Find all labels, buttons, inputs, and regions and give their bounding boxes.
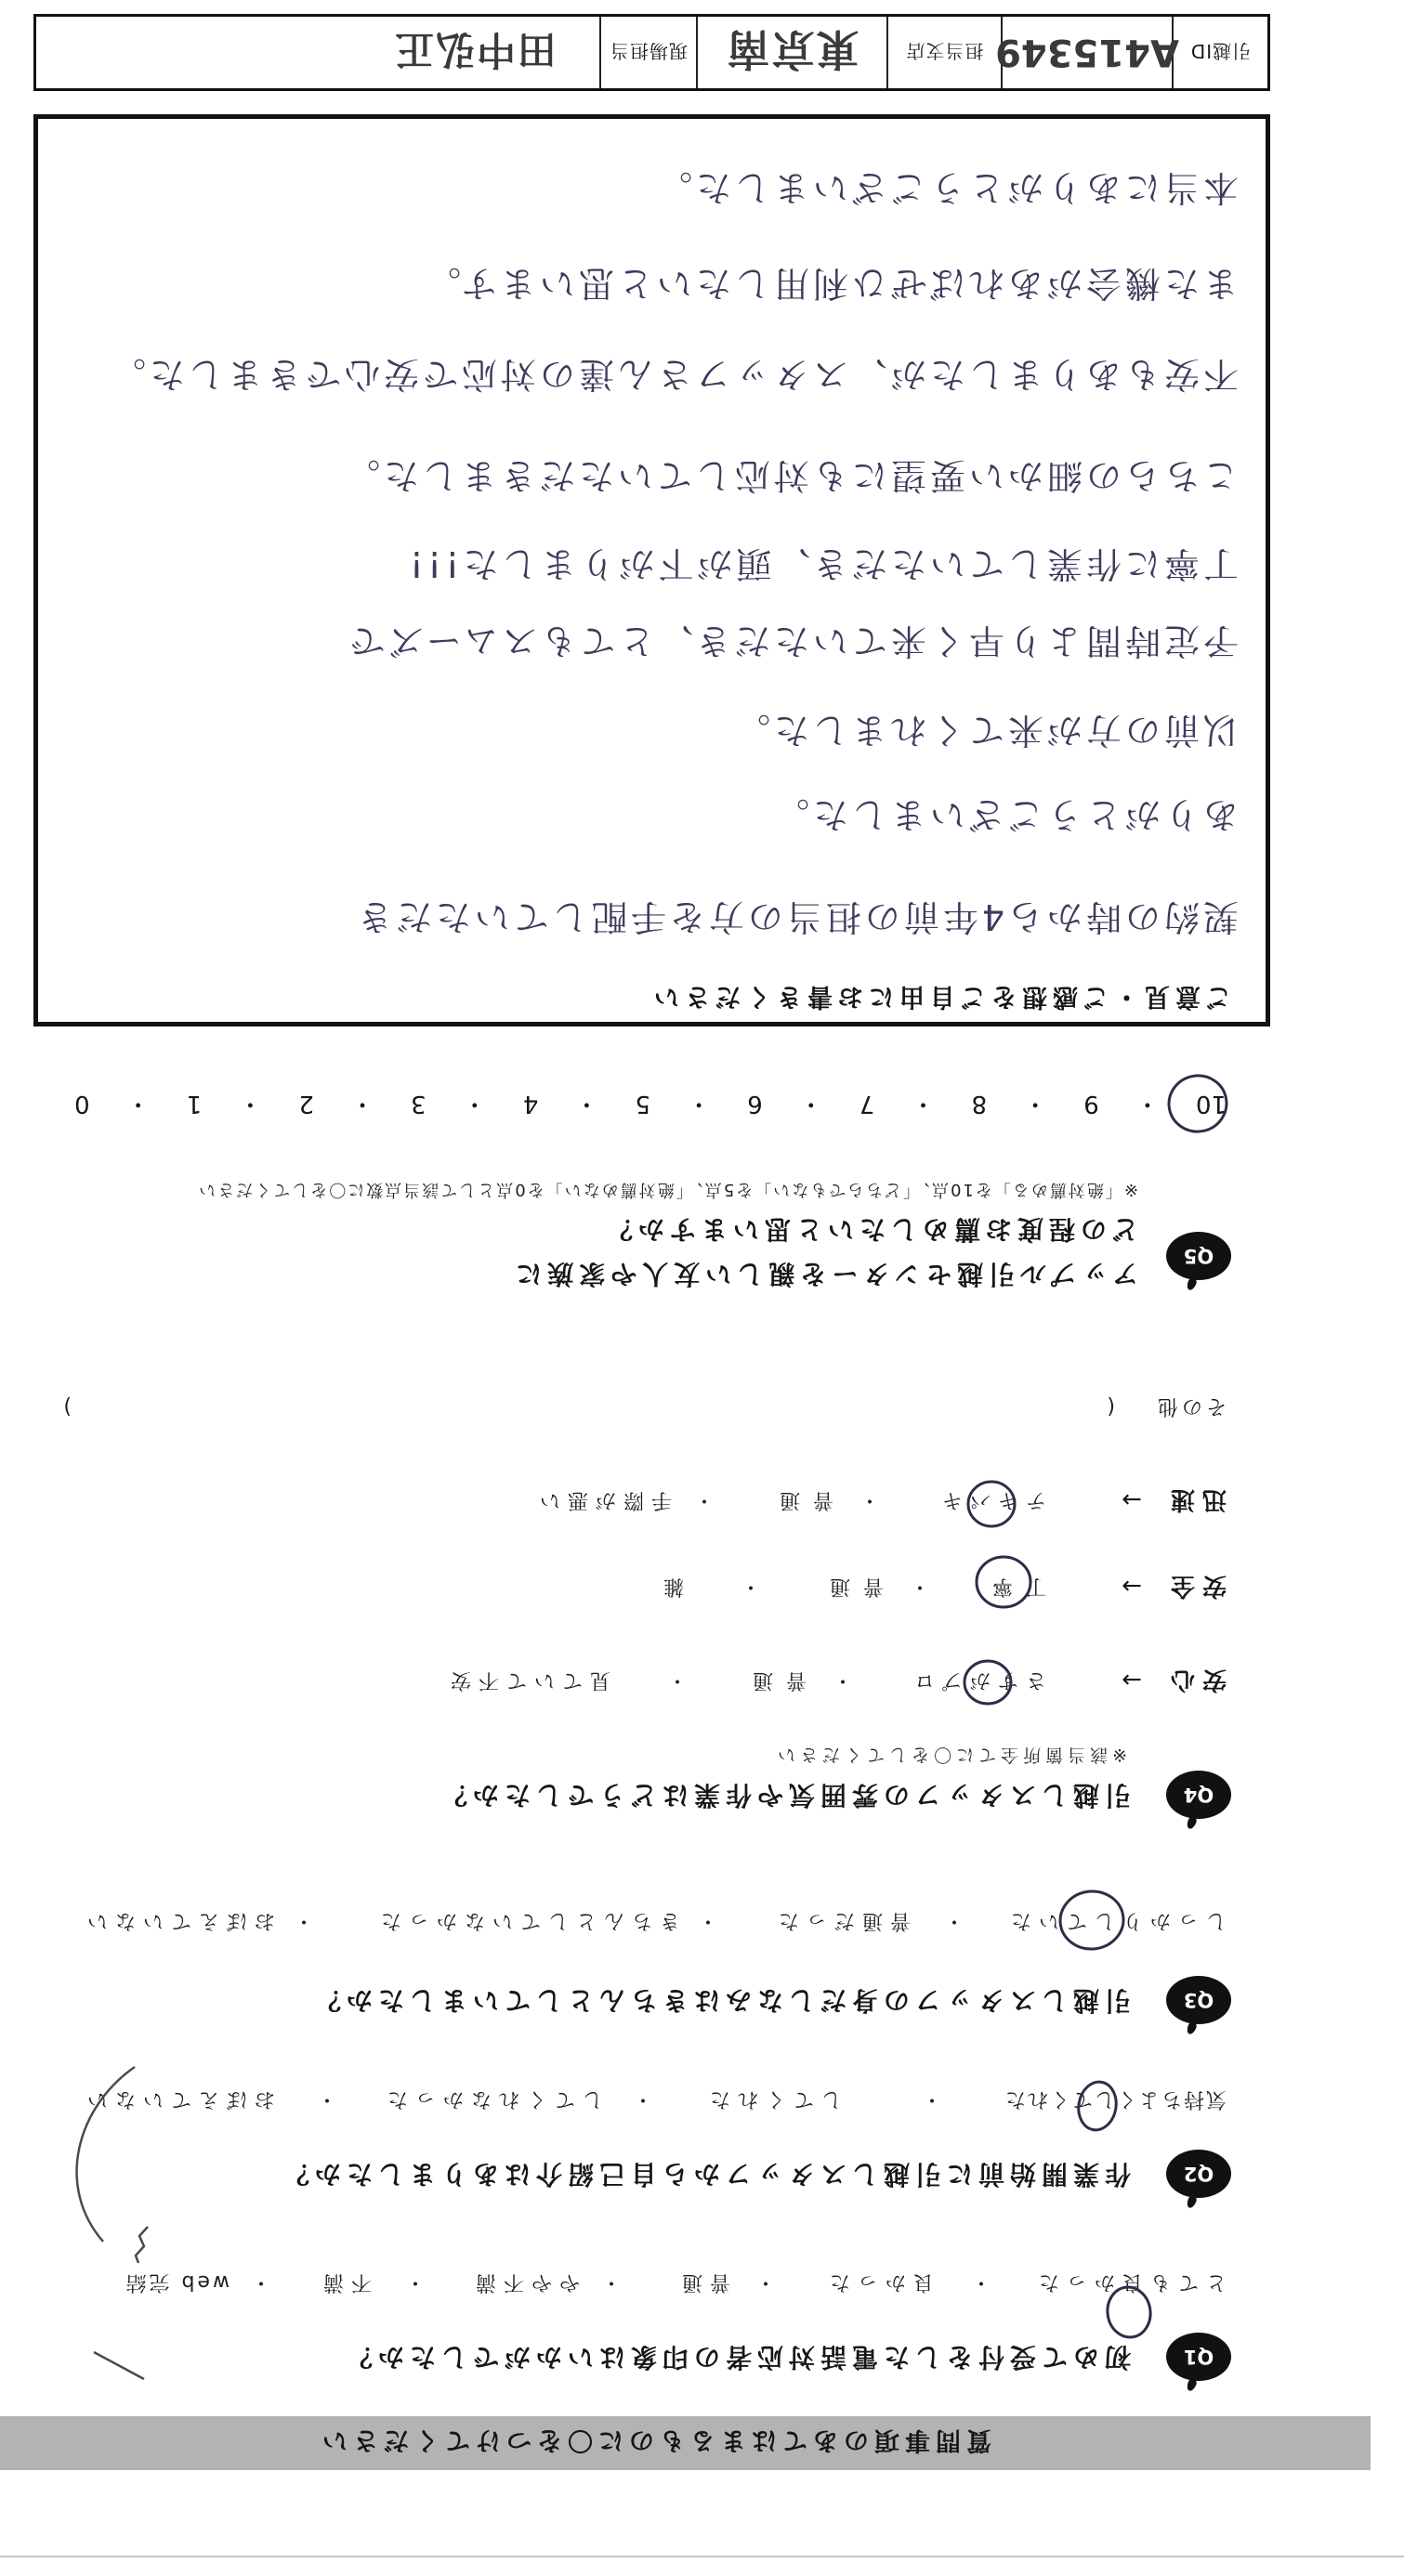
- q5-question-line2: どの程度お薦めしたいと思いますか？: [601, 1212, 1138, 1246]
- separator: ・: [694, 1484, 715, 1515]
- q1-question: 初めて受付をした電話対応者の印象はいかがでしたか？: [341, 2340, 1131, 2373]
- score-6: 6: [747, 1087, 763, 1120]
- q5-badge: Q5: [1166, 1232, 1231, 1280]
- branch-value: 東京南: [726, 22, 859, 84]
- q4-other-label: その他: [1154, 1390, 1227, 1421]
- q4-question: 引越しスタッフの雰囲気や作業はどうでしたか？: [436, 1778, 1131, 1811]
- handwritten-comment-line: 丁寧に作業していただき、頭が下がりました!!!: [406, 543, 1239, 584]
- handwritten-comment-line: 予定時間より早く来ていただき、とてもスムーズで: [346, 621, 1239, 661]
- separator: ・: [741, 1570, 761, 1602]
- q4-row-label-reassurance: 安心: [1163, 1664, 1227, 1695]
- move-id-cell: A415349: [1001, 17, 1172, 88]
- q5-note: ※「絶対薦める」を10点、「どちらでもない」を5点、「絶対薦めない」を0点として…: [197, 1177, 1138, 1201]
- handwritten-comment-line: 不安もありましたが、スタッフさん達の対応で安心できました。: [107, 354, 1239, 395]
- separator: ・: [294, 1904, 314, 1936]
- score-10: 10: [1196, 1087, 1227, 1120]
- handwritten-comment-line: こちらの細かい要望にも対応していただきました。: [341, 455, 1239, 496]
- q1-option-very-good: とても良かった: [1031, 2266, 1227, 2297]
- q4-speed-option-normal: 普通: [767, 1484, 833, 1515]
- score-5: 5: [635, 1087, 650, 1120]
- scan-edge-line: [0, 2556, 1404, 2557]
- q1-option-somewhat-dissatisfied: やや不満: [468, 2266, 580, 2297]
- instruction-banner: 質問事項のあてはまるものに〇をつけてください: [0, 2416, 1371, 2470]
- handwritten-comment-line: 本当にありがとうございました。: [653, 167, 1239, 208]
- arrow-right-icon: →: [1122, 1570, 1142, 1602]
- scanned-survey-form: 質問事項のあてはまるものに〇をつけてください Q1 初めて受付をした電話対応者の…: [0, 0, 1404, 2576]
- move-id-label: 引越ID: [1172, 17, 1267, 88]
- score-3: 3: [411, 1087, 426, 1120]
- q3-badge-label: Q3: [1184, 1989, 1214, 2011]
- q1-badge: Q1: [1166, 2333, 1231, 2381]
- q1-option-dissatisfied: 不満: [316, 2266, 372, 2297]
- separator: ・: [463, 1087, 487, 1120]
- q2-question: 作業開始前に引越しスタッフから自己紹介はありましたか？: [278, 2157, 1131, 2190]
- badge-tail-icon: [1186, 2020, 1199, 2035]
- badge-tail-icon: [1186, 2377, 1199, 2392]
- score-4: 4: [523, 1087, 539, 1120]
- score-0: 0: [74, 1087, 90, 1120]
- staff-cell: 田中弘正: [36, 17, 599, 88]
- q5-badge-label: Q5: [1184, 1245, 1214, 1267]
- q4-badge-label: Q4: [1184, 1784, 1214, 1806]
- separator: ・: [126, 1087, 151, 1120]
- q4-other-open-paren: (: [1099, 1390, 1115, 1421]
- badge-tail-icon: [1186, 2194, 1199, 2209]
- instruction-text: 質問事項のあてはまるものに〇をつけてください: [317, 2426, 991, 2462]
- separator: ・: [405, 2266, 426, 2297]
- q3-question: 引越しスタッフの身だしなみはきちんとしていましたか？: [309, 1983, 1131, 2017]
- separator: ・: [687, 1087, 711, 1120]
- separator: ・: [833, 1664, 853, 1695]
- q4-safety-option-rough: 雑: [656, 1570, 684, 1602]
- separator: ・: [238, 1087, 262, 1120]
- staff-label: 現場担当: [599, 17, 696, 88]
- handwritten-comment-line: また機会があればぜひ利用したいと思います。: [422, 263, 1239, 304]
- score-2: 2: [298, 1087, 314, 1120]
- q1-option-normal: 普通: [675, 2266, 730, 2297]
- branch-cell: 東京南: [696, 17, 886, 88]
- q2-badge: Q2: [1166, 2150, 1231, 2198]
- arrow-right-icon: →: [1122, 1664, 1142, 1695]
- q1-badge-label: Q1: [1184, 2346, 1214, 2368]
- badge-tail-icon: [1186, 1276, 1199, 1291]
- q4-badge: Q4: [1166, 1771, 1231, 1819]
- score-9: 9: [1083, 1087, 1099, 1120]
- arrow-right-icon: →: [1122, 1484, 1142, 1515]
- separator: ・: [601, 2266, 622, 2297]
- q3-badge: Q3: [1166, 1976, 1231, 2024]
- separator: ・: [667, 1664, 688, 1695]
- separator: ・: [698, 1904, 718, 1936]
- move-id-value: A415349: [995, 32, 1179, 74]
- q2-option-dont-remember: おぼえていない: [80, 2083, 275, 2114]
- move-info-table: 引越ID A415349 担当支店 東京南 現場担当 田中弘正: [33, 14, 1270, 91]
- separator: ・: [944, 1904, 964, 1936]
- separator: ・: [350, 1087, 374, 1120]
- q3-option-not-neat: きちんとしていなかった: [374, 1904, 680, 1936]
- q2-badge-label: Q2: [1184, 2163, 1214, 2185]
- separator: ・: [633, 2083, 653, 2114]
- q2-option-did: してくれた: [702, 2083, 842, 2114]
- separator: ・: [251, 2266, 271, 2297]
- comments-title: ご意見・ご感想をご自由にお書きください: [649, 979, 1231, 1013]
- q4-spe­ed-option-clumsy: 手際が悪い: [532, 1484, 672, 1515]
- separator: ・: [755, 2266, 776, 2297]
- q4-other-close-paren: ): [56, 1390, 72, 1421]
- separator: ・: [922, 2083, 942, 2114]
- q4-reassurance-option-pro: さすがプロ: [907, 1664, 1046, 1695]
- q4-note: ※該当箇所全てに〇をしてください: [773, 1743, 1127, 1767]
- score-7: 7: [859, 1087, 875, 1120]
- stray-stroke-mark-icon: [94, 2352, 144, 2379]
- q4-row-label-safety: 安全: [1163, 1570, 1227, 1602]
- stray-scribble-mark-icon: [136, 2227, 148, 2263]
- q4-row-label-speed: 迅速: [1163, 1484, 1227, 1515]
- q5-score-scale: 10 ・ 9 ・ 8 ・ 7 ・ 6 ・ 5 ・ 4 ・ 3 ・ 2 ・ 1 ・…: [74, 1087, 1227, 1120]
- q4-speed-option-brisk: テキパキ: [935, 1484, 1046, 1515]
- separator: ・: [574, 1087, 598, 1120]
- q3-option-dont-remember: おぼえていない: [80, 1904, 275, 1936]
- separator: ・: [317, 2083, 337, 2114]
- q4-reassurance-option-normal: 普通: [740, 1664, 807, 1695]
- score-8: 8: [972, 1087, 988, 1120]
- staff-value: 田中弘正: [393, 25, 557, 81]
- score-1: 1: [187, 1087, 203, 1120]
- q1-option-web-complete: web 完結: [124, 2266, 230, 2297]
- q4-reassurance-option-worrying: 見ていて不安: [443, 1664, 610, 1695]
- q5-question-line1: アップル引越センターを親しい友人や家族に: [510, 1257, 1138, 1290]
- q4-safety-option-careful: 丁寧: [979, 1570, 1046, 1602]
- q3-option-normal: 普通だった: [771, 1904, 911, 1936]
- handwritten-comment-line: ありがとうございました。: [770, 794, 1239, 835]
- separator: ・: [971, 2266, 991, 2297]
- separator: ・: [1135, 1087, 1160, 1120]
- q4-safety-option-normal: 普通: [817, 1570, 884, 1602]
- separator: ・: [1023, 1087, 1047, 1120]
- separator: ・: [859, 1484, 880, 1515]
- separator: ・: [910, 1570, 930, 1602]
- separator: ・: [911, 1087, 935, 1120]
- handwritten-comment-line: 以前の方が来てくれました。: [731, 710, 1239, 751]
- handwritten-comment-line: 契約の時から4年前の担当の方を手配していただき: [354, 896, 1239, 937]
- q2-option-did-not: してくれなかった: [380, 2083, 603, 2114]
- q3-option-neat: しっかりしていた: [1004, 1904, 1227, 1936]
- q1-option-good: 良かった: [822, 2266, 934, 2297]
- q2-option-pleasant: 気持ちよくしてくれた: [1004, 2083, 1227, 2114]
- branch-label: 担当支店: [886, 17, 1001, 88]
- badge-tail-icon: [1186, 1815, 1199, 1830]
- separator: ・: [799, 1087, 823, 1120]
